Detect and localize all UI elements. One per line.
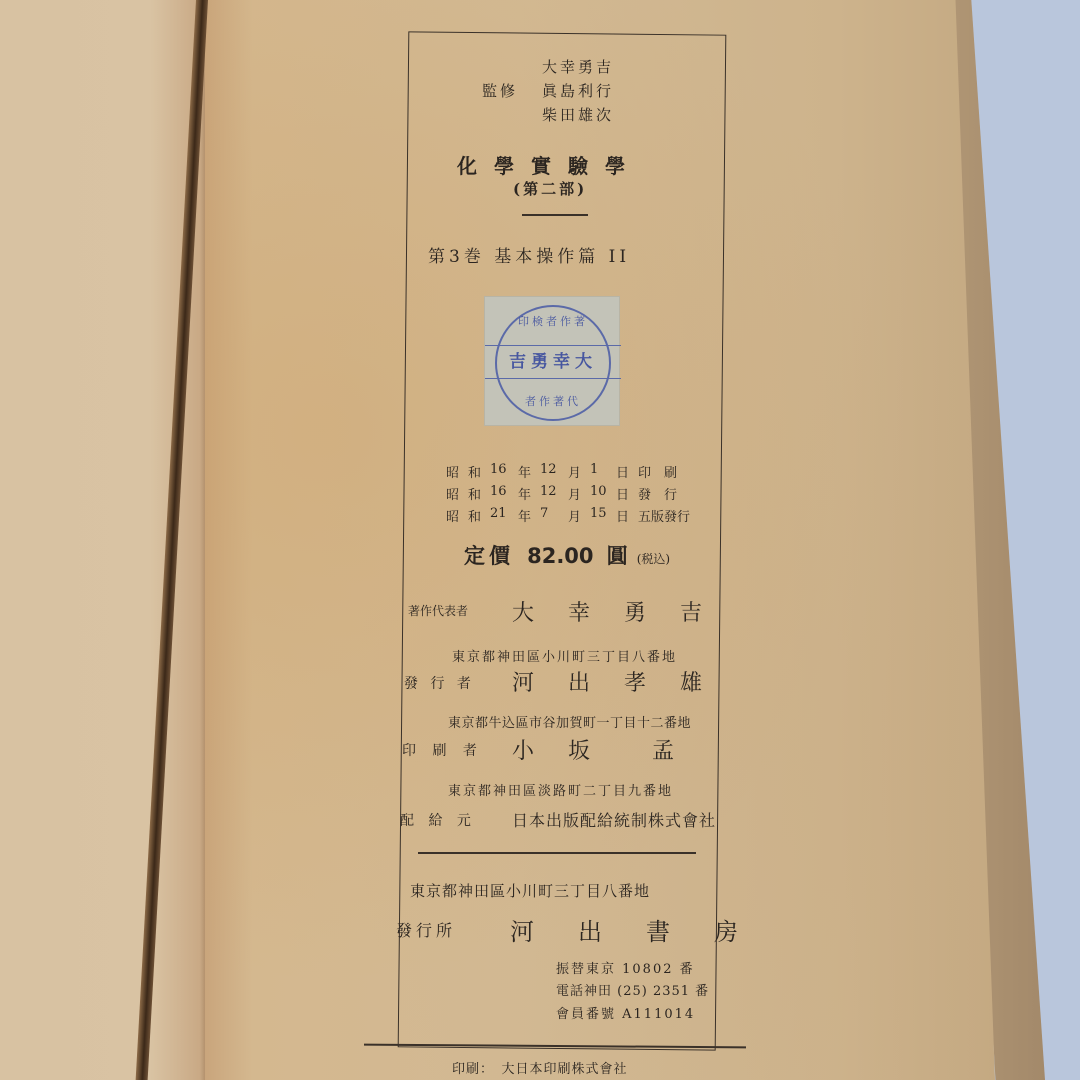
seal-top-text: 印検者作著 xyxy=(497,313,609,329)
author-role: 著作代表者 xyxy=(408,602,468,619)
book-part: (第二部) xyxy=(513,178,587,199)
author-name: 大 幸 勇 吉 xyxy=(512,596,708,627)
date-row: 昭和21年7月15日五版發行 xyxy=(446,506,718,525)
printer-role: 印 刷 者 xyxy=(402,740,483,760)
price-note: (税込) xyxy=(637,552,670,566)
member-number: 會員番號 A111014 xyxy=(556,1003,695,1022)
price-label: 定價 xyxy=(464,544,514,568)
publisher-address: 東京都神田區小川町三丁目八番地 xyxy=(452,646,677,665)
title-divider xyxy=(522,214,588,216)
phone-number: 電話神田 (25) 2351 番 xyxy=(556,980,709,999)
distributor-name: 日本出版配給統制株式會社 xyxy=(512,808,716,831)
publisher-person-name: 河 出 孝 雄 xyxy=(512,666,708,697)
seal-bottom-text: 者作著代 xyxy=(497,393,609,409)
supervisor-name-1: 大幸勇吉 xyxy=(542,56,614,77)
seal-circle: 印検者作著 吉勇幸大 者作著代 xyxy=(495,305,611,421)
publishing-house-label: 發行所 xyxy=(396,918,456,941)
printer-name: 小 坂 孟 xyxy=(512,734,680,765)
publisher-person-role: 發 行 者 xyxy=(404,673,475,693)
print-dates: 昭和16年12月1日印 刷 昭和16年12月10日發 行 昭和21年7月15日五… xyxy=(446,462,718,525)
supervisor-name-2: 眞島利行 xyxy=(542,80,614,101)
seal-center-text: 吉勇幸大 xyxy=(485,345,621,379)
supervisor-label: 監修 xyxy=(482,80,518,101)
book-title: 化學實驗學 xyxy=(457,150,642,179)
supervisor-name-3: 柴田雄次 xyxy=(542,104,614,125)
price-line: 定價 82.00 圓 (税込) xyxy=(464,540,670,570)
book-photo: 大幸勇吉 監修 眞島利行 柴田雄次 化學實驗學 (第二部) 第3巻 基本操作篇 … xyxy=(0,0,1080,1080)
author-seal-stamp: 印検者作著 吉勇幸大 者作著代 xyxy=(484,296,620,426)
transfer-account: 振替東京 10802 番 xyxy=(556,958,695,977)
volume-title: 第3巻 基本操作篇 II xyxy=(428,242,630,267)
publishing-house-name: 河 出 書 房 xyxy=(510,912,748,947)
distributor-address: 東京都神田區淡路町二丁目九番地 xyxy=(448,780,673,799)
price-unit: 圓 xyxy=(607,544,628,568)
distributor-role: 配 給 元 xyxy=(400,810,476,830)
price-amount: 82.00 xyxy=(527,544,593,568)
publisher-divider xyxy=(418,852,696,854)
printing-company-footer: 印刷： 大日本印刷株式會社 xyxy=(452,1058,628,1077)
date-row: 昭和16年12月10日發 行 xyxy=(446,484,718,503)
date-row: 昭和16年12月1日印 刷 xyxy=(446,462,718,481)
left-page xyxy=(0,0,215,1080)
printer-address: 東京都牛込區市谷加賀町一丁目十二番地 xyxy=(448,712,691,731)
publishing-house-address: 東京都神田區小川町三丁目八番地 xyxy=(410,880,650,901)
